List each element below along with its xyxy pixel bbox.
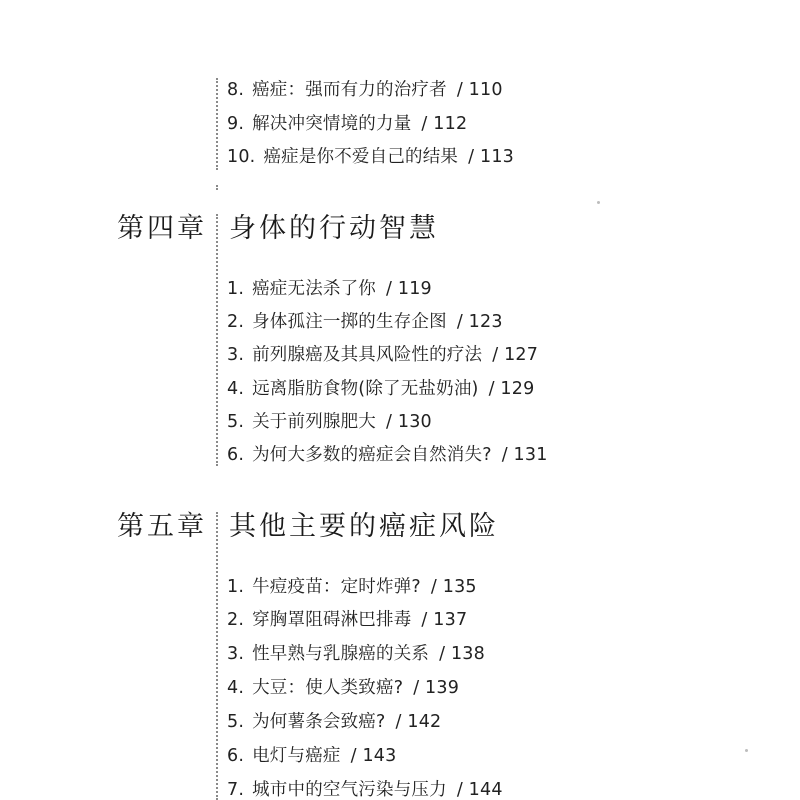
toc-entry[interactable]: 4.远离脂肪食物(除了无盐奶油)/ 129: [227, 378, 534, 400]
toc-entry[interactable]: 2.穿胸罩阻碍淋巴排毒/ 137: [227, 609, 467, 631]
entry-title: 大豆：使人类致癌?: [252, 678, 403, 698]
dotted-divider-chapter-4: [216, 214, 218, 466]
toc-entry[interactable]: 3.性早熟与乳腺癌的关系/ 138: [227, 643, 485, 665]
entry-title: 解决冲突情境的力量: [252, 114, 411, 134]
entry-number: 8.: [227, 80, 244, 100]
entry-number: 5.: [227, 712, 244, 732]
entry-number: 1.: [227, 577, 244, 597]
entry-title: 癌症：强而有力的治疗者: [252, 80, 447, 100]
entry-title: 关于前列腺肥大: [252, 412, 376, 432]
entry-page: / 135: [431, 577, 477, 597]
chapter-label: 第五章: [117, 510, 207, 544]
toc-entry[interactable]: 3.前列腺癌及其具风险性的疗法/ 127: [227, 344, 538, 366]
entry-number: 4.: [227, 379, 244, 399]
entry-title: 为何薯条会致癌?: [252, 712, 385, 732]
entry-page: / 139: [413, 678, 459, 698]
entry-page: / 130: [386, 412, 432, 432]
entry-title: 癌症是你不爱自己的结果: [263, 147, 458, 167]
entry-number: 9.: [227, 114, 244, 134]
toc-entry[interactable]: 6.电灯与癌症/ 143: [227, 745, 396, 767]
toc-entry[interactable]: 1.癌症无法杀了你/ 119: [227, 278, 432, 300]
scan-speck: [597, 201, 600, 204]
entry-title: 牛痘疫苗：定时炸弹?: [252, 577, 421, 597]
entry-title: 为何大多数的癌症会自然消失?: [252, 445, 492, 465]
entry-number: 5.: [227, 412, 244, 432]
entry-number: 6.: [227, 746, 244, 766]
entry-page: / 144: [457, 780, 503, 800]
entry-title: 远离脂肪食物(除了无盐奶油): [252, 379, 478, 399]
entry-number: 3.: [227, 345, 244, 365]
entry-title: 身体孤注一掷的生存企图: [252, 312, 447, 332]
entry-number: 2.: [227, 610, 244, 630]
chapter-title[interactable]: 身体的行动智慧: [229, 212, 439, 246]
toc-entry[interactable]: 8.癌症：强而有力的治疗者/ 110: [227, 79, 503, 101]
entry-page: / 143: [351, 746, 397, 766]
toc-entry[interactable]: 9.解决冲突情境的力量/ 112: [227, 113, 467, 135]
toc-entry[interactable]: 5.关于前列腺肥大/ 130: [227, 411, 432, 433]
entry-title: 前列腺癌及其具风险性的疗法: [252, 345, 482, 365]
entry-number: 3.: [227, 644, 244, 664]
entry-number: 1.: [227, 279, 244, 299]
entry-number: 4.: [227, 678, 244, 698]
dotted-divider-dot: [216, 185, 218, 188]
entry-title: 穿胸罩阻碍淋巴排毒: [252, 610, 411, 630]
entry-page: / 131: [502, 445, 548, 465]
toc-entry[interactable]: 7.城市中的空气污染与压力/ 144: [227, 779, 503, 800]
entry-number: 7.: [227, 780, 244, 800]
entry-page: / 113: [468, 147, 514, 167]
toc-entry[interactable]: 1.牛痘疫苗：定时炸弹?/ 135: [227, 576, 477, 598]
entry-page: / 129: [489, 379, 535, 399]
toc-entry[interactable]: 6.为何大多数的癌症会自然消失?/ 131: [227, 444, 548, 466]
toc-entry[interactable]: 5.为何薯条会致癌?/ 142: [227, 711, 441, 733]
chapter-label: 第四章: [117, 212, 207, 246]
scan-speck: [745, 749, 748, 752]
entry-title: 城市中的空气污染与压力: [252, 780, 447, 800]
entry-page: / 137: [421, 610, 467, 630]
toc-entry[interactable]: 10.癌症是你不爱自己的结果/ 113: [227, 146, 514, 168]
entry-title: 电灯与癌症: [252, 746, 341, 766]
entry-page: / 138: [439, 644, 485, 664]
entry-number: 2.: [227, 312, 244, 332]
entry-title: 癌症无法杀了你: [252, 279, 376, 299]
dotted-divider-top: [216, 78, 218, 170]
entry-page: / 127: [492, 345, 538, 365]
toc-entry[interactable]: 2.身体孤注一掷的生存企图/ 123: [227, 311, 503, 333]
entry-number: 10.: [227, 147, 255, 167]
entry-page: / 142: [396, 712, 442, 732]
entry-page: / 112: [421, 114, 467, 134]
entry-page: / 119: [386, 279, 432, 299]
entry-title: 性早熟与乳腺癌的关系: [252, 644, 429, 664]
entry-page: / 110: [457, 80, 503, 100]
dotted-divider-chapter-5: [216, 512, 218, 800]
entry-number: 6.: [227, 445, 244, 465]
chapter-title[interactable]: 其他主要的癌症风险: [229, 510, 499, 544]
entry-page: / 123: [457, 312, 503, 332]
toc-entry[interactable]: 4.大豆：使人类致癌?/ 139: [227, 677, 459, 699]
